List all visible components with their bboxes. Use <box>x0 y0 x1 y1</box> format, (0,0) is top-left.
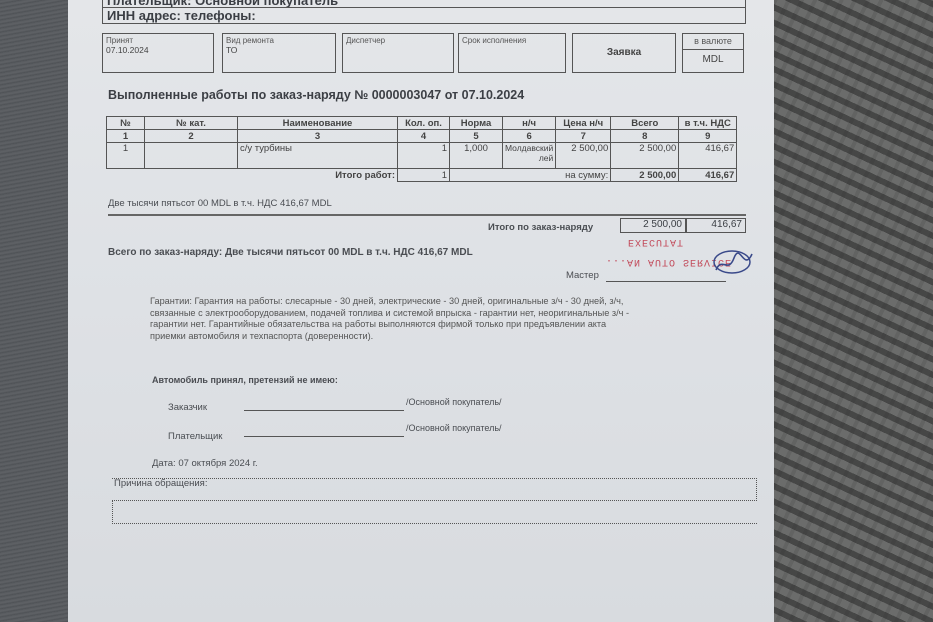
acceptance-date: Дата: 07 октября 2024 г. <box>152 458 258 469</box>
col-header-name: Наименование <box>238 117 398 130</box>
currency-value: MDL <box>683 50 743 70</box>
payer-signature-line <box>244 436 404 437</box>
col-header-vat: в т.ч. НДС <box>679 117 737 130</box>
table-header-row: № № кат. Наименование Кол. оп. Норма н/ч… <box>107 117 737 130</box>
reason-box-bottom <box>112 500 757 524</box>
acceptance-heading: Автомобиль принял, претензий не имею: <box>152 375 338 385</box>
col-number: 8 <box>611 130 679 143</box>
table-footer-row: Итого работ: 1 на сумму: 2 500,00 416,67 <box>107 169 737 182</box>
currency-box: в валюте MDL <box>682 33 744 73</box>
works-total-qty: 1 <box>398 169 450 182</box>
cell-qty: 1 <box>398 143 450 169</box>
amount-in-words: Две тысячи пятьсот 00 MDL в т.ч. НДС 416… <box>108 198 332 209</box>
repair-type-value: ТО <box>226 45 332 55</box>
info-box-accepted: Принят 07.10.2024 <box>102 33 214 73</box>
customer-name: /Основной покупатель/ <box>406 397 502 407</box>
cell-unit: Молдавский лей <box>503 143 556 169</box>
info-box-request: Заявка <box>572 33 676 73</box>
works-total-label: Итого работ: <box>238 169 398 182</box>
master-signature-line <box>606 281 726 282</box>
col-number: 9 <box>679 130 737 143</box>
payer-name: /Основной покупатель/ <box>406 423 502 433</box>
info-box-dispatcher: Диспетчер <box>342 33 454 73</box>
works-table: № № кат. Наименование Кол. оп. Норма н/ч… <box>106 116 737 182</box>
col-header-price: Цена н/ч <box>556 117 611 130</box>
cell-catalog <box>145 143 238 169</box>
info-box-deadline: Срок исполнения <box>458 33 566 73</box>
stamp-text-executed: EXECUTAT <box>628 236 684 247</box>
cell-total: 2 500,00 <box>611 143 679 169</box>
cell-num: 1 <box>107 143 145 169</box>
divider <box>108 214 746 216</box>
background-fabric-left <box>0 0 72 622</box>
col-header-catalog: № кат. <box>145 117 238 130</box>
table-number-row: 1 2 3 4 5 6 7 8 9 <box>107 130 737 143</box>
request-value: Заявка <box>607 47 641 58</box>
order-total-sum: 2 500,00 <box>620 218 686 233</box>
col-header-norm: Норма <box>450 117 503 130</box>
document-title: Выполненные работы по заказ-наряду № 000… <box>108 88 524 102</box>
info-box-repair-type: Вид ремонта ТО <box>222 33 336 73</box>
reason-box-top <box>112 478 757 501</box>
cell-vat: 416,67 <box>679 143 737 169</box>
cell-price: 2 500,00 <box>556 143 611 169</box>
customer-signature-line <box>244 410 404 411</box>
deadline-label: Срок исполнения <box>462 36 526 45</box>
cell-norm: 1,000 <box>450 143 503 169</box>
work-order-document: Плательщик: Основной покупатель ИНН адре… <box>68 0 774 622</box>
order-total-vat: 416,67 <box>686 218 746 233</box>
customer-label: Заказчик <box>168 402 207 413</box>
col-number: 4 <box>398 130 450 143</box>
dispatcher-label: Диспетчер <box>346 36 385 45</box>
col-number: 3 <box>238 130 398 143</box>
accepted-value: 07.10.2024 <box>106 45 210 55</box>
table-row: 1 с/у турбины 1 1,000 Молдавский лей 2 5… <box>107 143 737 169</box>
contact-line: ИНН адрес: телефоны: <box>102 7 746 24</box>
accepted-label: Принят <box>106 36 133 45</box>
warranty-line: гарантии нет. Гарантийные обязательства … <box>150 319 629 331</box>
col-number: 1 <box>107 130 145 143</box>
warranty-line: Гарантии: Гарантия на работы: слесарные … <box>150 296 629 308</box>
col-header-num: № <box>107 117 145 130</box>
sum-label: на сумму: <box>450 169 611 182</box>
warranty-line: связанные с электрооборудованием, подаче… <box>150 308 629 320</box>
order-total-label: Итого по заказ-наряду <box>488 222 593 233</box>
warranty-line: приемки автомобиля и техпаспорта (довере… <box>150 331 629 343</box>
col-header-total: Всего <box>611 117 679 130</box>
col-number: 5 <box>450 130 503 143</box>
works-total-sum: 2 500,00 <box>611 169 679 182</box>
col-number: 2 <box>145 130 238 143</box>
payer-label: Плательщик <box>168 431 222 442</box>
col-number: 7 <box>556 130 611 143</box>
col-header-unit: н/ч <box>503 117 556 130</box>
col-header-qty: Кол. оп. <box>398 117 450 130</box>
repair-type-label: Вид ремонта <box>226 36 274 45</box>
background-mat-right <box>760 0 933 622</box>
signature-icon <box>708 246 758 280</box>
contact-text: ИНН адрес: телефоны: <box>107 8 256 23</box>
master-label: Мастер <box>566 270 599 281</box>
works-total-vat: 416,67 <box>679 169 737 182</box>
warranty-text: Гарантии: Гарантия на работы: слесарные … <box>150 296 629 342</box>
grand-total-text: Всего по заказ-наряду: Две тысячи пятьсо… <box>108 247 473 258</box>
currency-label: в валюте <box>683 34 743 50</box>
col-number: 6 <box>503 130 556 143</box>
cell-name: с/у турбины <box>238 143 398 169</box>
